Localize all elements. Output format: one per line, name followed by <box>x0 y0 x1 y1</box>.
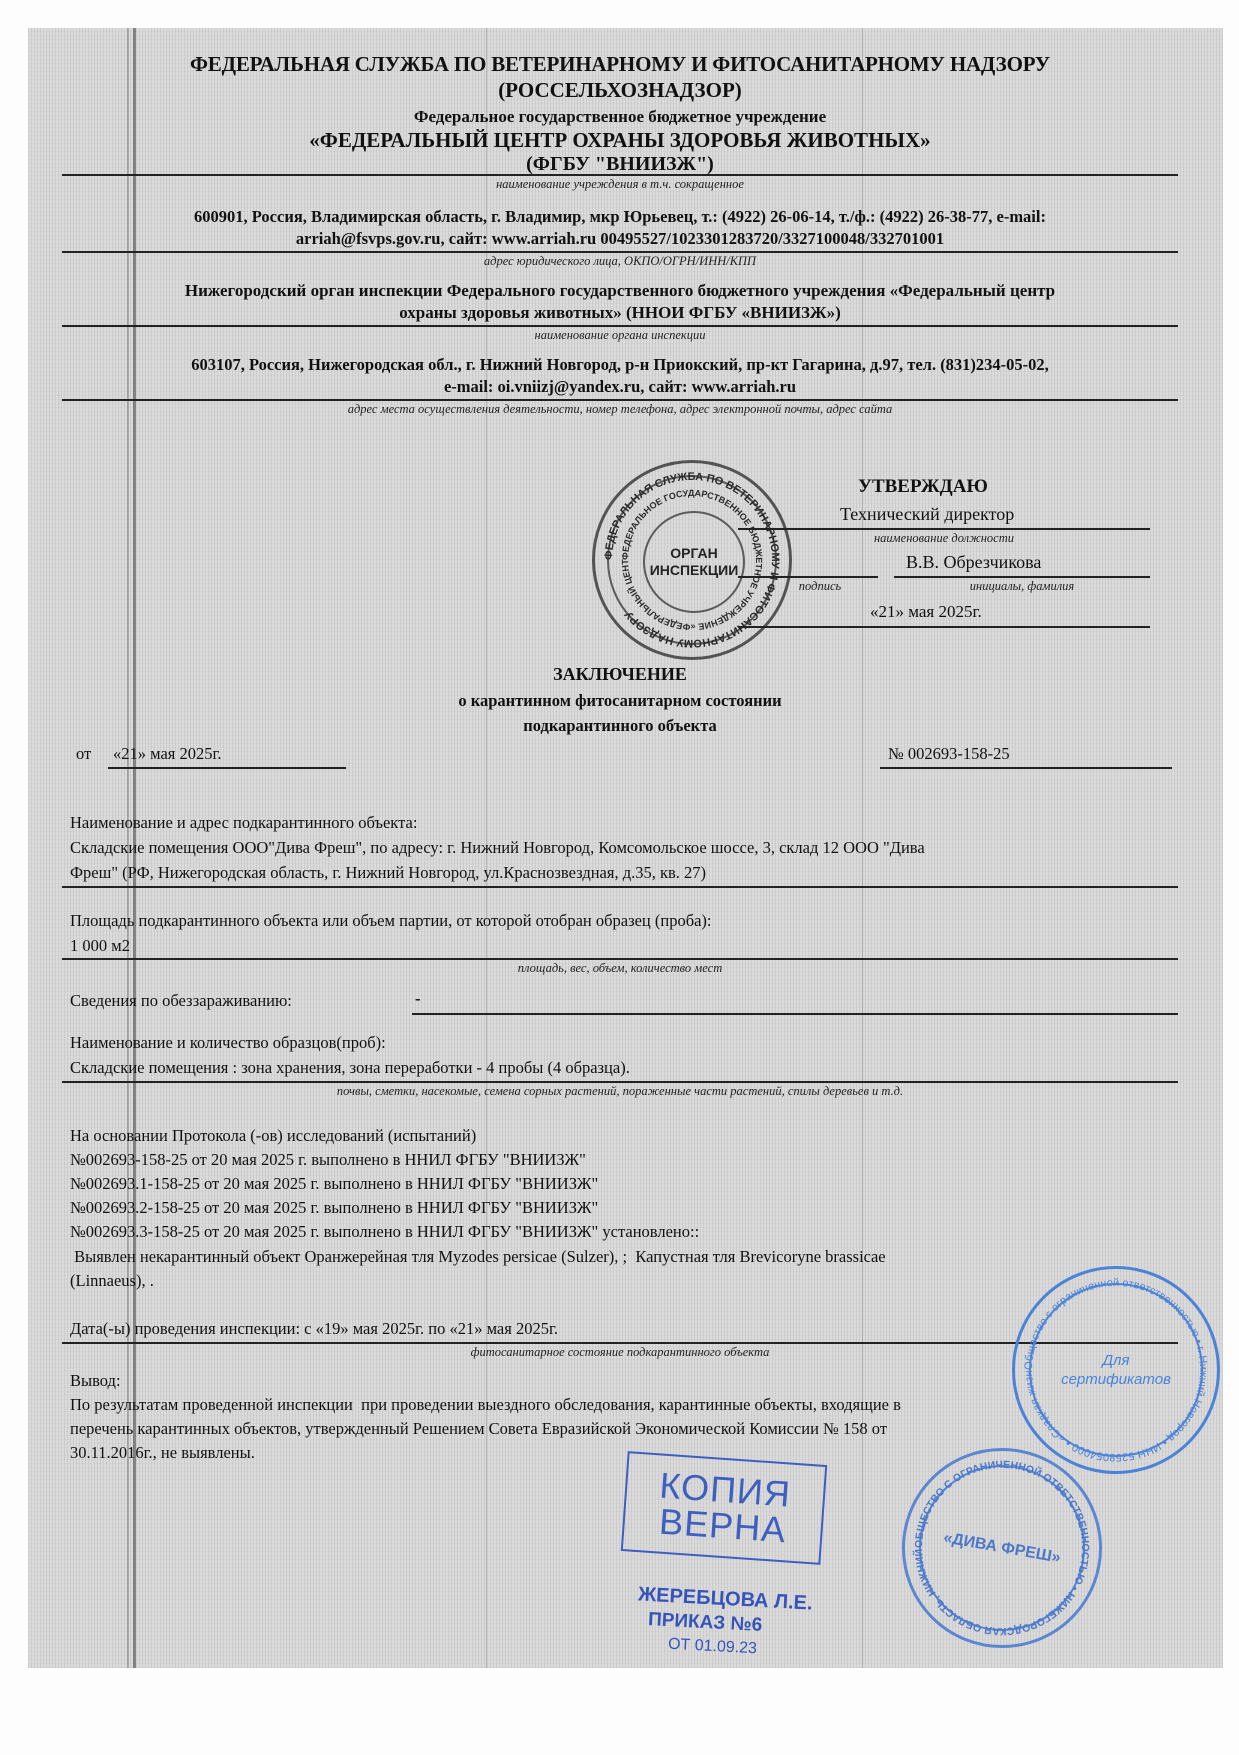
legal-address-line2: arriah@fsvps.gov.ru, сайт: www.arriah.ru… <box>62 228 1178 250</box>
caption-activity-address: адрес места осуществления деятельности, … <box>62 402 1178 417</box>
protocol-item: №002693.3-158-25 от 20 мая 2025 г. выпол… <box>70 1221 699 1243</box>
area-value: 1 000 м2 <box>70 935 130 957</box>
protocol-item: №002693.1-158-25 от 20 мая 2025 г. выпол… <box>70 1173 598 1195</box>
inspection-body-seal: ФЕДЕРАЛЬНАЯ СЛУЖБА ПО ВЕТЕРИНАРНОМУ И ФИ… <box>592 460 792 660</box>
divider <box>412 1013 1178 1015</box>
finding-line1: Выявлен некарантинный объект Оранжерейна… <box>70 1246 886 1268</box>
institution-name: «ФЕДЕРАЛЬНЫЙ ЦЕНТР ОХРАНЫ ЗДОРОВЬЯ ЖИВОТ… <box>60 128 1180 153</box>
verdict-label: Вывод: <box>70 1370 121 1392</box>
number-line <box>880 767 1172 769</box>
object-value-line1: Складские помещения ООО"Дива Фреш", по а… <box>70 837 925 859</box>
area-label: Площадь подкарантинного объекта или объе… <box>70 910 712 932</box>
disinfection-label: Сведения по обеззараживанию: <box>70 990 292 1012</box>
caption-legal-address: адрес юридического лица, ОКПО/ОГРН/ИНН/К… <box>62 254 1178 269</box>
diva-fresh-seal: ОБЩЕСТВО С ОГРАНИЧЕННОЙ ОТВЕТСТВЕННОСТЬЮ… <box>902 1448 1102 1648</box>
caption-inspection-body: наименование органа инспекции <box>62 328 1178 343</box>
signature-caption: подпись <box>770 579 870 594</box>
divider <box>62 1081 1178 1083</box>
protocol-item: №002693.2-158-25 от 20 мая 2025 г. выпол… <box>70 1197 598 1219</box>
activity-address-line2: e-mail: oi.vniizj@yandex.ru, сайт: www.a… <box>62 376 1178 398</box>
samples-value: Складские помещения : зона хранения, зон… <box>70 1057 630 1079</box>
activity-address-line1: 603107, Россия, Нижегородская обл., г. Н… <box>62 354 1178 376</box>
divider <box>738 528 1150 530</box>
conclusion-number: № 002693-158-25 <box>888 743 1010 765</box>
approval-date: «21» мая 2025г. <box>870 602 982 622</box>
area-caption: площадь, вес, объем, количество мест <box>62 961 1178 976</box>
inspection-dates: Дата(-ы) проведения инспекции: с «19» ма… <box>70 1318 558 1340</box>
agency-name: ФЕДЕРАЛЬНАЯ СЛУЖБА ПО ВЕТЕРИНАРНОМУ И ФИ… <box>60 52 1180 77</box>
verdict-line3: 30.11.2016г., не выявлены. <box>70 1442 255 1464</box>
certificates-seal: Общество с ограниченной ответственностью… <box>1012 1266 1220 1474</box>
inspection-body-line2: охраны здоровья животных» (ННОИ ФГБУ «ВН… <box>62 302 1178 324</box>
caption-institution: наименование учреждения в т.ч. сокращенн… <box>62 177 1178 192</box>
seal-center-line2: ИНСПЕКЦИИ <box>650 562 739 579</box>
signature-line <box>738 576 878 578</box>
name-caption: инициалы, фамилия <box>894 579 1150 594</box>
cert-center-line2: сертификатов <box>1015 1370 1217 1389</box>
object-label: Наименование и адрес подкарантинного объ… <box>70 812 417 834</box>
name-line <box>894 576 1150 578</box>
protocols-intro: На основании Протокола (-ов) исследовани… <box>70 1125 476 1147</box>
approver-name: В.В. Обрезчикова <box>906 552 1041 573</box>
divider <box>62 174 1178 176</box>
institution-abbr: (ФГБУ "ВНИИЗЖ") <box>60 153 1180 176</box>
object-value-line2: Фреш" (РФ, Нижегородская область, г. Ниж… <box>70 862 706 884</box>
samples-label: Наименование и количество образцов(проб)… <box>70 1032 386 1054</box>
date-line <box>108 767 346 769</box>
divider <box>62 325 1178 327</box>
divider <box>62 399 1178 401</box>
divider <box>62 958 1178 960</box>
position-caption: наименование должности <box>738 531 1150 546</box>
conclusion-date: «21» мая 2025г. <box>113 743 222 765</box>
seal-center-line1: ОРГАН <box>670 545 718 562</box>
inspection-dates-caption: фитосанитарное состояние подкарантинного… <box>62 1345 1178 1360</box>
verdict-line2: перечень карантинных объектов, утвержден… <box>70 1418 887 1440</box>
cert-center-line1: Для <box>1015 1351 1217 1370</box>
document-subtitle2: подкарантинного объекта <box>60 716 1180 736</box>
divider <box>62 886 1178 888</box>
document-title: ЗАКЛЮЧЕНИЕ <box>60 664 1180 685</box>
divider <box>62 1342 1178 1344</box>
finding-line2: (Linnaeus), . <box>70 1270 154 1292</box>
approval-title: УТВЕРЖДАЮ <box>858 476 988 498</box>
divider <box>62 251 1178 253</box>
disinfection-value: - <box>415 988 421 1010</box>
copy-certified-stamp: КОПИЯ ВЕРНА <box>621 1451 827 1565</box>
institution-type: Федеральное государственное бюджетное уч… <box>60 107 1180 127</box>
document-subtitle1: о карантинном фитосанитарном состоянии <box>60 691 1180 711</box>
protocol-item: №002693-158-25 от 20 мая 2025 г. выполне… <box>70 1149 586 1171</box>
date-prefix: от <box>76 743 91 765</box>
approval-position: Технический директор <box>840 504 1014 525</box>
legal-address-line1: 600901, Россия, Владимирская область, г.… <box>62 206 1178 228</box>
verdict-line1: По результатам проведенной инспекции при… <box>70 1394 901 1416</box>
inspection-body-line1: Нижегородский орган инспекции Федерально… <box>62 280 1178 302</box>
agency-abbr: (РОССЕЛЬХОЗНАДЗОР) <box>60 78 1180 103</box>
samples-caption: почвы, сметки, насекомые, семена сорных … <box>62 1084 1178 1099</box>
divider <box>738 626 1150 628</box>
